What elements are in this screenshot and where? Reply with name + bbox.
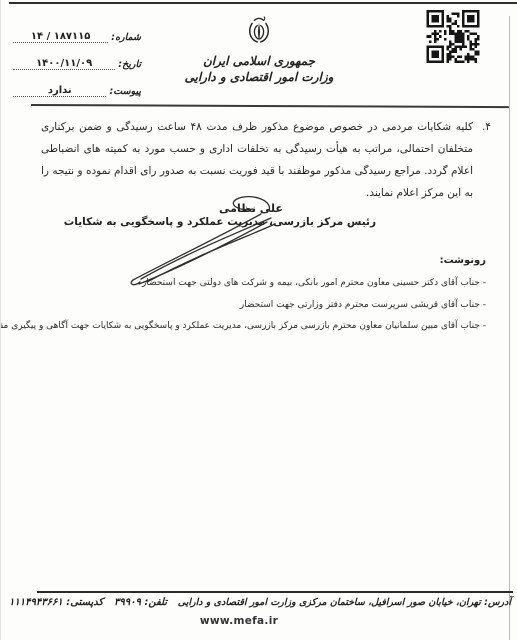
signature-block: علی نظامی رئیس مرکز بازرسی، مدیریت عملکر… — [126, 202, 376, 228]
scan-edge-right — [509, 16, 510, 640]
field-number-label: شماره: — [111, 32, 141, 43]
country-title: جمهوری اسلامی ایران — [169, 54, 349, 68]
cc-item-3: - جناب آقای مبین سلمانیان معاون محترم با… — [21, 316, 486, 338]
field-date-dots: ۱۴۰۰/۱۱/۰۹ — [13, 50, 115, 70]
field-number-value: ۱۴ / ۱۸۷۱۱۵ — [31, 31, 90, 42]
footer-contact-row: آدرس: تهران، خیابان صور اسرافیل، ساختمان… — [9, 597, 511, 608]
header-divider — [31, 104, 509, 108]
field-number-dots: ۱۴ / ۱۸۷۱۱۵ — [13, 23, 108, 43]
postal-value: ۱۱۱۴۹۴۳۶۶۱ — [9, 597, 63, 608]
cc-item-2: - جناب آقای قریشی سرپرست محترم دفتر وزار… — [21, 295, 486, 317]
cc-heading: رونوشت: — [21, 255, 486, 266]
signatory-title: رئیس مرکز بازرسی، مدیریت عملکرد و پاسخگو… — [126, 216, 376, 228]
iran-emblem-icon — [246, 16, 272, 50]
scanned-letter-page: جمهوری اسلامی ایران وزارت امور اقتصادی و… — [0, 0, 517, 640]
website-url: www.mefa.ir — [189, 615, 289, 627]
footer-address: آدرس: تهران، خیابان صور اسرافیل، ساختمان… — [178, 597, 511, 608]
postal-label: کدپستی: — [66, 597, 103, 608]
field-attachment: پیوست: ندارد — [13, 78, 141, 97]
footer-phone: تلفن: ۳۹۹۰۹ — [114, 597, 167, 608]
field-date: تاریخ: ۱۴۰۰/۱۱/۰۹ — [13, 51, 141, 70]
address-label: آدرس: — [484, 597, 511, 608]
field-date-value: ۱۴۰۰/۱۱/۰۹ — [36, 58, 92, 69]
ministry-title: وزارت امور اقتصادی و دارایی — [169, 70, 349, 84]
field-attachment-label: پیوست: — [109, 86, 141, 97]
letter-body: ۴. کلیه شکایات مردمی در خصوص موضوع مذکور… — [41, 116, 491, 204]
footer-divider — [37, 591, 513, 593]
cc-item-1: - جناب آقای دکتر حسینی معاون محترم امور … — [21, 273, 486, 295]
phone-label: تلفن: — [144, 597, 167, 608]
phone-value: ۳۹۹۰۹ — [114, 597, 141, 608]
signatory-name: علی نظامی — [126, 202, 376, 215]
letter-meta-fields: شماره: ۱۴ / ۱۸۷۱۱۵ تاریخ: ۱۴۰۰/۱۱/۰۹ پیو… — [13, 24, 141, 105]
body-paragraph: کلیه شکایات مردمی در خصوص موضوع مذکور ظر… — [41, 116, 473, 204]
footer-postal-code: کدپستی: ۱۱۱۴۹۴۳۶۶۱ — [9, 597, 103, 608]
field-attachment-value: ندارد — [48, 85, 72, 96]
scan-edge-top — [9, 2, 517, 4]
qr-code — [426, 10, 480, 63]
field-number: شماره: ۱۴ / ۱۸۷۱۱۵ — [13, 24, 141, 43]
field-attachment-dots: ندارد — [13, 77, 106, 97]
letterhead-center: جمهوری اسلامی ایران وزارت امور اقتصادی و… — [169, 16, 349, 84]
cc-section: رونوشت: - جناب آقای دکتر حسینی معاون محت… — [21, 255, 486, 338]
item-number: ۴. — [482, 116, 491, 204]
field-date-label: تاریخ: — [118, 59, 141, 70]
address-value: تهران، خیابان صور اسرافیل، ساختمان مرکزی… — [178, 597, 481, 608]
